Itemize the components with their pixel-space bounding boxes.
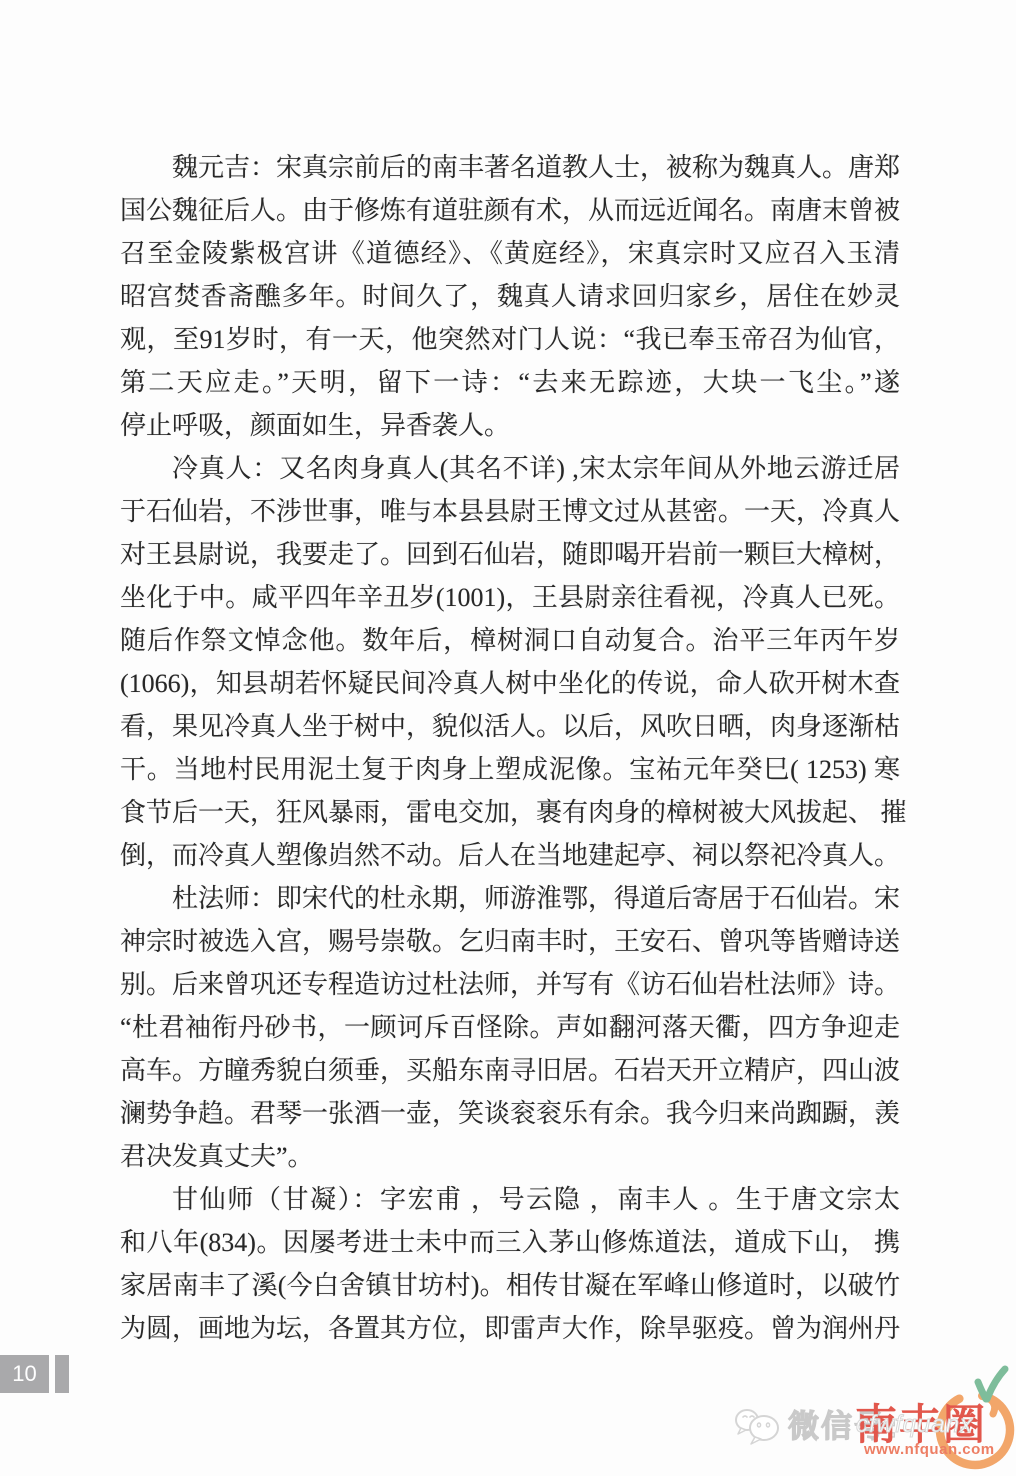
text-line: 看，果见冷真人坐于树中，貌似活人。以后，风吹日晒，肉身逐渐枯 [120, 705, 900, 748]
text-line: 坐化于中。咸平四年辛丑岁(1001)，王县尉亲往看视，冷真人已死。 [120, 576, 900, 619]
page-number-badge: 10 [0, 1355, 49, 1393]
page: 魏元吉：宋真宗前后的南丰著名道教人士，被称为魏真人。唐郑国公魏征后人。由于修炼有… [0, 0, 1016, 1476]
text-line: 神宗时被选入宫，赐号崇敬。乞归南丰时，王安石、曾巩等皆赠诗送 [120, 920, 900, 963]
text-line: 随后作祭文悼念他。数年后，樟树洞口自动复合。治平三年丙午岁 [120, 619, 900, 662]
text-line: 观，至91岁时，有一天，他突然对门人说：“我已奉玉帝召为仙官， [120, 318, 900, 361]
text-line: 冷真人：又名肉身真人(其名不详) ,宋太宗年间从外地云游迁居 [120, 447, 900, 490]
text-line: 家居南丰了溪(今白舍镇甘坊村)。相传甘凝在军峰山修道时，以破竹 [120, 1264, 900, 1307]
page-number-tick [55, 1355, 69, 1393]
text-line: 君决发真丈夫”。 [120, 1135, 900, 1178]
text-line: 魏元吉：宋真宗前后的南丰著名道教人士，被称为魏真人。唐郑 [120, 146, 900, 189]
text-line: 杜法师：即宋代的杜永期，师游淮鄂，得道后寄居于石仙岩。宋 [120, 877, 900, 920]
text-line: 倒，而冷真人塑像岿然不动。后人在当地建起亭、祠以祭祀冷真人。 [120, 834, 900, 877]
page-number: 10 [12, 1361, 36, 1387]
nfquan-logo-url: www.nfquan.com [864, 1441, 995, 1458]
text-line: 甘仙师（甘凝）：字宏甫 ，号云隐 ，南丰人 。生于唐文宗太 [120, 1178, 900, 1221]
text-line: (1066)，知县胡若怀疑民间冷真人树中坐化的传说，命人砍开树木查 [120, 662, 900, 705]
text-line: 澜势争趋。君琴一张酒一壶，笑谈衮衮乐有余。我今归来尚踟蹰，羡 [120, 1092, 900, 1135]
text-line: 干。当地村民用泥土复于肉身上塑成泥像。宝祐元年癸巳( 1253) 寒 [120, 748, 900, 791]
text-line: 于石仙岩，不涉世事，唯与本县县尉王博文过从甚密。一天，冷真人 [120, 490, 900, 533]
text-line: 食节后一天，狂风暴雨，雷电交加，裹有肉身的樟树被大风拔起、 摧 [120, 791, 900, 834]
text-line: 停止呼吸，颜面如生，异香袭人。 [120, 404, 900, 447]
wechat-id-obscured: cfwfquanx [856, 1411, 973, 1439]
text-line: 昭宫焚香斋醮多年。时间久了，魏真人请求回归家乡，居住在妙灵 [120, 275, 900, 318]
text-line: “杜君袖衔丹砂书，一顾诃斥百怪除。声如翻河落天衢，四方争迎走 [120, 1006, 900, 1049]
text-line: 高车。方瞳秀貌白须垂，买船东南寻旧居。石岩天开立精庐，四山波 [120, 1049, 900, 1092]
text-line: 和八年(834)。因屡考进士未中而三入茅山修炼道法，道成下山， 携 [120, 1221, 900, 1264]
text-line: 国公魏征后人。由于修炼有道驻颜有术，从而远近闻名。南唐末曾被 [120, 189, 900, 232]
wechat-icon [733, 1404, 783, 1448]
text-block: 魏元吉：宋真宗前后的南丰著名道教人士，被称为魏真人。唐郑国公魏征后人。由于修炼有… [120, 146, 900, 1350]
text-line: 召至金陵紫极宫讲《道德经》、《黄庭经》，宋真宗时又应召入玉清 [120, 232, 900, 275]
text-line: 第二天应走。”天明，留下一诗：“去来无踪迹，大块一飞尘。”遂 [120, 361, 900, 404]
text-line: 别。后来曾巩还专程造访过杜法师，并写有《访石仙岩杜法师》诗。 [120, 963, 900, 1006]
text-line: 为圆，画地为坛，各置其方位，即雷声大作，除旱驱疫。曾为润州丹 [120, 1307, 900, 1350]
text-line: 对王县尉说，我要走了。回到石仙岩，随即喝开岩前一颗巨大樟树， [120, 533, 900, 576]
